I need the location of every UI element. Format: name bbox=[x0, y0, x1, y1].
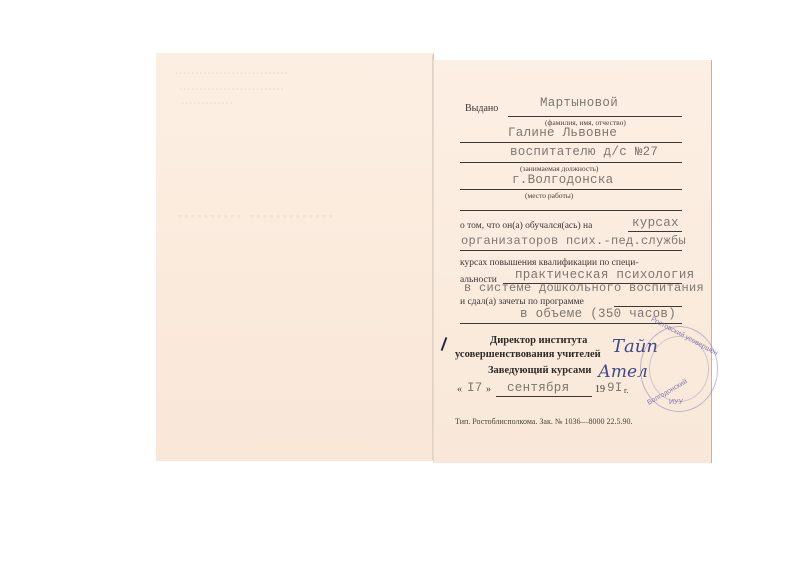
specialty-line1: практическая психология bbox=[515, 268, 694, 282]
position-value: воспитателю д/с №27 bbox=[510, 145, 658, 159]
studied-label: о том, что он(а) обучался(ась) на bbox=[460, 221, 592, 231]
workplace-value: г.Волгодонска bbox=[512, 173, 613, 187]
course-rule-1 bbox=[628, 231, 682, 232]
date-year-suffix: 9I bbox=[607, 381, 623, 395]
bleed-through-text: ............. .......... bbox=[176, 201, 333, 224]
course-line1: курсах bbox=[632, 216, 679, 230]
left-page: ............................ ...........… bbox=[156, 53, 434, 461]
course-rule-2 bbox=[460, 250, 682, 251]
course-line2: организаторов псих.-пед.службы bbox=[461, 234, 686, 248]
workplace-caption: (место работы) bbox=[525, 191, 573, 200]
date-month-rule bbox=[496, 396, 592, 397]
volume-rule bbox=[460, 323, 682, 324]
head-of-courses-label: Заведующий курсами bbox=[488, 365, 591, 376]
bleed-through-text: ............. bbox=[180, 95, 233, 107]
name-rule bbox=[460, 142, 682, 143]
qualification-label: курсах повышения квалификации по специ- bbox=[460, 258, 639, 268]
date-open-quote: « bbox=[457, 384, 462, 395]
bleed-through-text: ............................ bbox=[174, 65, 288, 77]
bleed-through-text: .......................... bbox=[178, 81, 283, 93]
director-label: Директор института bbox=[490, 335, 587, 346]
exams-label: и сдал(а) зачеты по программе bbox=[460, 297, 584, 307]
surname-value: Мартыновой bbox=[540, 96, 618, 110]
printer-footer: Тип. Ростоблисполкома. Зак. № 1036—8000 … bbox=[455, 417, 632, 426]
name-patronymic-value: Галине Львовне bbox=[508, 126, 617, 140]
date-month: сентября bbox=[507, 381, 569, 395]
director-institute-label: усовершенствования учителей bbox=[455, 349, 601, 360]
surname-rule bbox=[508, 116, 682, 117]
date-year-prefix: 19 bbox=[595, 384, 605, 395]
workplace-rule bbox=[460, 189, 682, 190]
stamp-text-small: ИУУ bbox=[669, 399, 683, 406]
issued-label: Выдано bbox=[465, 103, 498, 114]
position-rule bbox=[460, 162, 682, 163]
date-close-quote: » bbox=[486, 384, 491, 395]
date-day: I7 bbox=[467, 381, 483, 395]
specialty-line2: в системе дошкольного воспитания bbox=[464, 281, 704, 295]
position-caption: (занимаемая должность) bbox=[520, 164, 598, 173]
date-year-abbr: г. bbox=[624, 386, 628, 395]
blank-rule bbox=[460, 210, 682, 211]
official-stamp: Ростовский усовершен Волгодонский ИУУ bbox=[640, 326, 718, 412]
